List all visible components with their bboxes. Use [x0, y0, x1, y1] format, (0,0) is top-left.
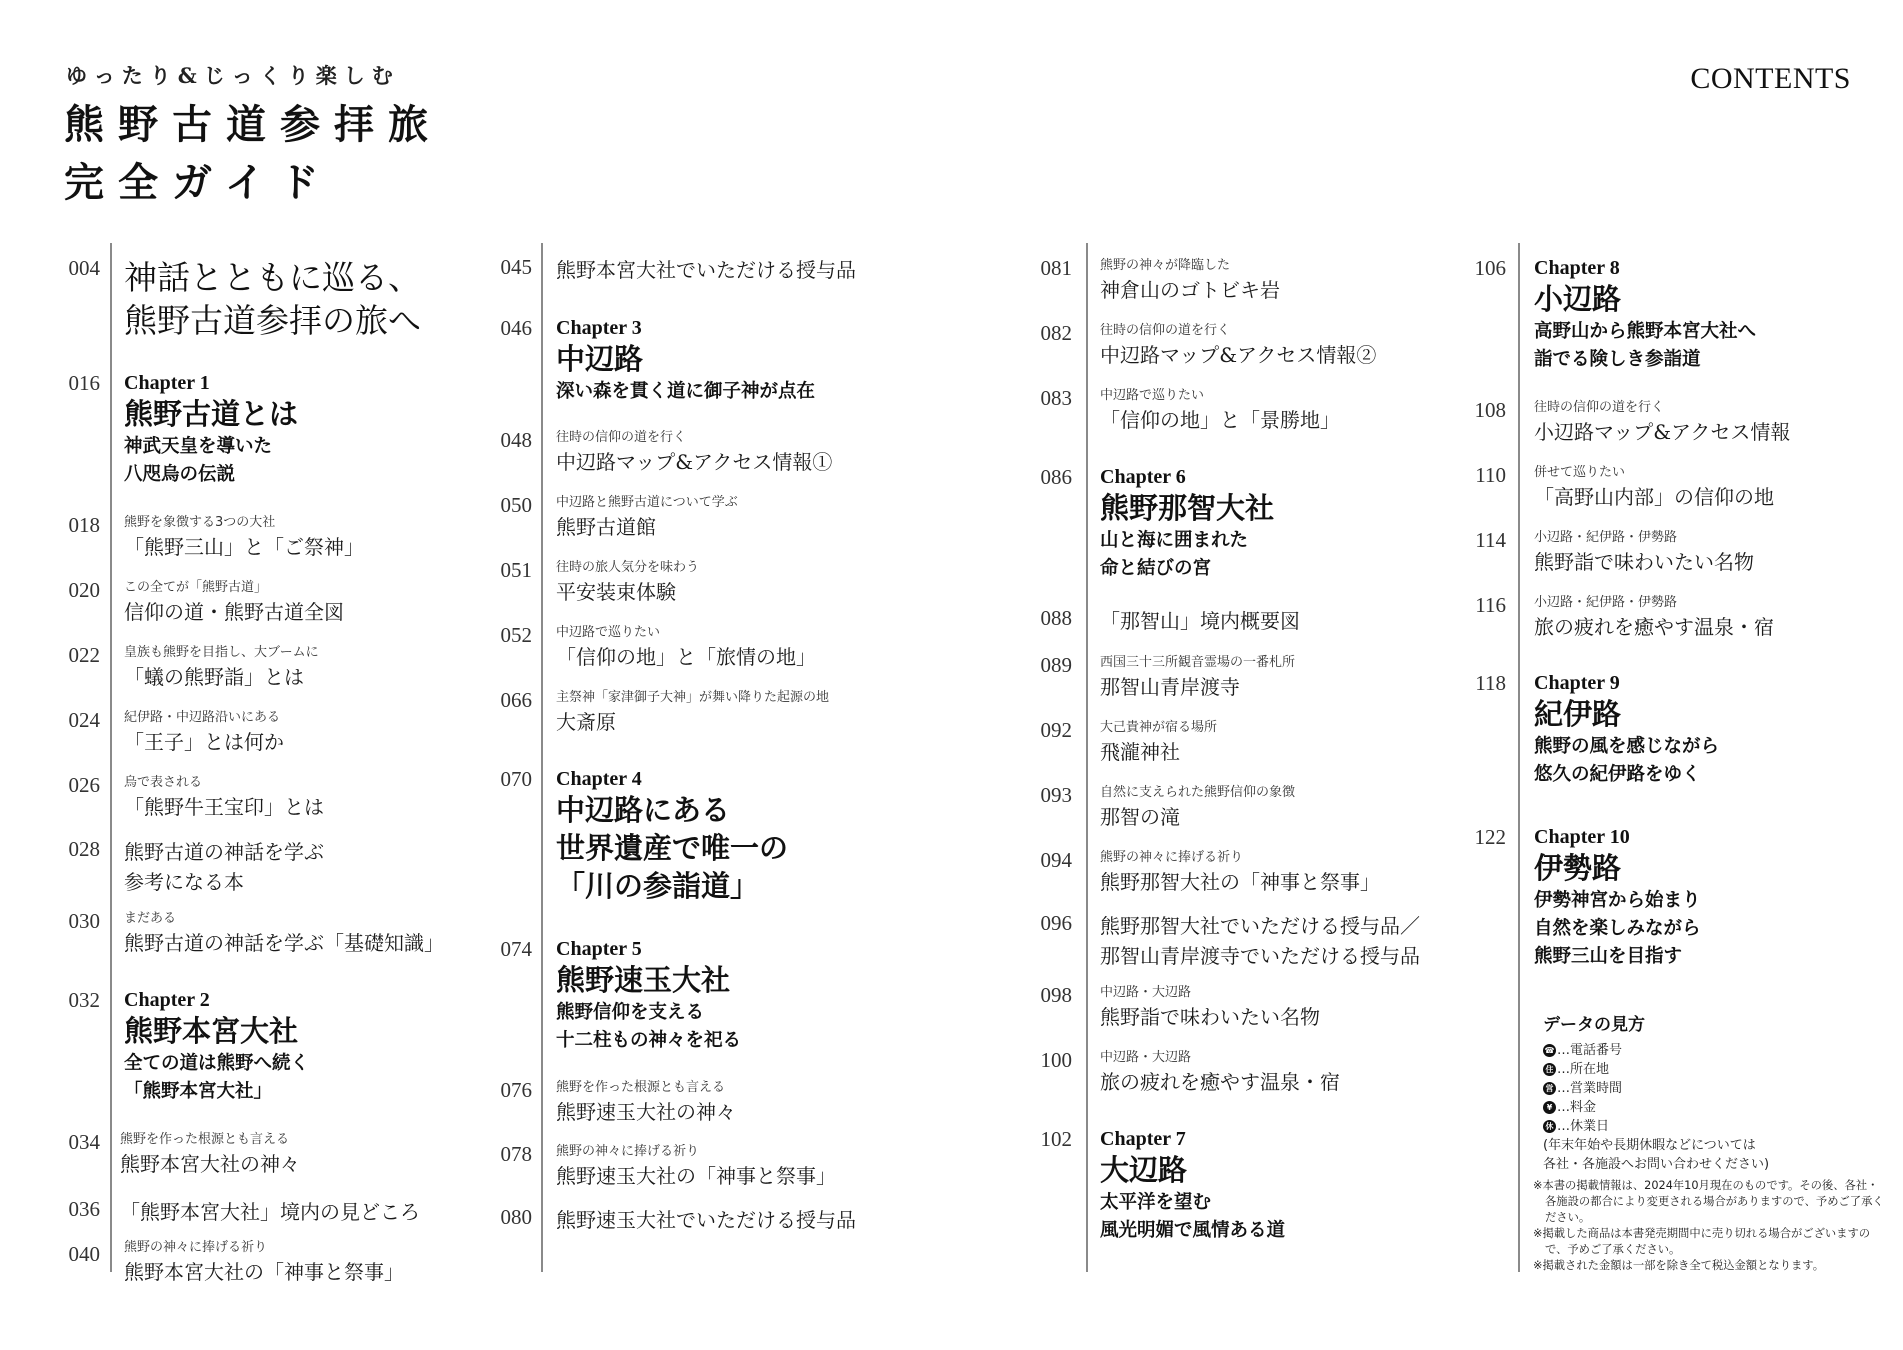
entry-kicker: 大己貴神が宿る場所 — [1100, 719, 1217, 737]
page-number: 024 — [50, 708, 100, 733]
column-divider — [1086, 243, 1088, 1272]
page-number: 004 — [50, 256, 100, 281]
page-number: 066 — [482, 688, 532, 713]
entry-title: 神倉山のゴトビキ岩 — [1100, 275, 1280, 305]
entry-title: 小辺路マップ&アクセス情報 — [1534, 417, 1790, 447]
entry-title: 熊野古道の神話を学ぶ「基礎知識」 — [124, 928, 444, 958]
entry-kicker: 自然に支えられた熊野信仰の象徴 — [1100, 784, 1295, 802]
disclaimers: ※本書の掲載情報は、2024年10月現在のものです。その後、各社・各施設の都合に… — [1533, 1178, 1888, 1274]
chapter-subtitle: 伊勢神宮から始まり — [1534, 887, 1701, 915]
page-number: 083 — [1022, 386, 1072, 411]
legend-item: 営 …営業時間 — [1543, 1079, 1888, 1098]
lead-title-line: 熊野古道参拝の旅へ — [124, 299, 421, 342]
entry-title: 熊野古道館 — [556, 512, 738, 542]
page-number: 028 — [50, 837, 100, 862]
legend-title: データの見方 — [1543, 1010, 1888, 1035]
page-number: 020 — [50, 578, 100, 603]
chapter-subtitle: 詣でる険しき参詣道 — [1534, 346, 1756, 374]
page-number: 074 — [482, 937, 532, 962]
entry-title: 熊野那智大社でいただける授与品／ — [1100, 911, 1420, 941]
hours-icon: 営 — [1543, 1082, 1556, 1095]
entry-title: 中辺路マップ&アクセス情報② — [1100, 340, 1376, 370]
entry-title: 熊野本宮大社でいただける授与品 — [556, 255, 856, 285]
legend-item: ¥ …料金 — [1543, 1098, 1888, 1117]
entry-title: 「高野山内部」の信仰の地 — [1534, 482, 1774, 512]
toc-column-1: 004 神話とともに巡る、 熊野古道参拝の旅へ 016 Chapter 1 熊野… — [62, 243, 492, 1272]
entry-kicker: 往時の信仰の道を行く — [1100, 322, 1376, 340]
chapter-subtitle: 自然を楽しみながら — [1534, 915, 1701, 943]
legend-label: …営業時間 — [1557, 1079, 1622, 1098]
entry-kicker: 往時の信仰の道を行く — [1534, 399, 1790, 417]
page-number: 051 — [482, 558, 532, 583]
disclaimer-note: ※本書の掲載情報は、2024年10月現在のものです。その後、各社・各施設の都合に… — [1533, 1178, 1888, 1226]
entry-title: 中辺路マップ&アクセス情報① — [556, 447, 832, 477]
chapter-subtitle: 風光明媚で風情ある道 — [1100, 1217, 1285, 1245]
entry-title: 信仰の道・熊野古道全図 — [124, 597, 344, 627]
phone-icon: ☎ — [1543, 1044, 1556, 1057]
entry-kicker: 紀伊路・中辺路沿いにある — [124, 709, 284, 727]
chapter-label: Chapter 7 — [1100, 1127, 1285, 1151]
page-number: 040 — [50, 1242, 100, 1267]
entry-kicker: 熊野を作った根源とも言える — [120, 1131, 300, 1149]
column-divider — [110, 243, 112, 1272]
page-number: 082 — [1022, 321, 1072, 346]
entry-title: 「王子」とは何か — [124, 727, 284, 757]
entry-title: 「信仰の地」と「旅情の地」 — [556, 642, 816, 672]
chapter-label: Chapter 2 — [124, 988, 309, 1012]
entry-kicker: 中辺路と熊野古道について学ぶ — [556, 494, 738, 512]
book-title-line2: 完全ガイド — [64, 154, 442, 212]
data-legend: データの見方 ☎ …電話番号 住 …所在地 営 …営業時間 ¥ …料金 休 …休… — [1543, 1010, 1888, 1174]
page-number: 088 — [1022, 606, 1072, 631]
entry-kicker: 中辺路・大辺路 — [1100, 1049, 1340, 1067]
legend-label: …休業日 — [1557, 1117, 1609, 1136]
page-number: 110 — [1456, 463, 1506, 488]
page-number: 026 — [50, 773, 100, 798]
column-divider — [1518, 243, 1520, 1272]
chapter-subtitle: 深い森を貫く道に御子神が点在 — [556, 378, 815, 406]
chapter-subtitle: 悠久の紀伊路をゆく — [1534, 761, 1719, 789]
entry-kicker: 中辺路で巡りたい — [556, 624, 816, 642]
book-title-line1: 熊野古道参拝旅 — [64, 96, 442, 154]
legend-label: …電話番号 — [1557, 1041, 1622, 1060]
entry-title: 熊野詣で味わいたい名物 — [1534, 547, 1754, 577]
chapter-title: 熊野本宮大社 — [124, 1012, 309, 1050]
chapter-subtitle: 熊野の風を感じながら — [1534, 733, 1719, 761]
page-number: 030 — [50, 909, 100, 934]
page-number: 100 — [1022, 1048, 1072, 1073]
entry-kicker: 西国三十三所観音霊場の一番札所 — [1100, 654, 1295, 672]
page-number: 086 — [1022, 465, 1072, 490]
chapter-label: Chapter 9 — [1534, 671, 1719, 695]
chapter-subtitle: 太平洋を望む — [1100, 1189, 1285, 1217]
legend-item: 住 …所在地 — [1543, 1060, 1888, 1079]
entry-title: 「蟻の熊野詣」とは — [124, 662, 319, 692]
entry-kicker: 往時の信仰の道を行く — [556, 429, 832, 447]
page-number: 094 — [1022, 848, 1072, 873]
page-number: 106 — [1456, 256, 1506, 281]
entry-kicker: 中辺路・大辺路 — [1100, 984, 1320, 1002]
entry-title: 「信仰の地」と「景勝地」 — [1100, 405, 1340, 435]
chapter-subtitle: 神武天皇を導いた — [124, 433, 298, 461]
page-number: 022 — [50, 643, 100, 668]
entry-title: 平安装束体験 — [556, 577, 699, 607]
entry-title: 熊野速玉大社の「神事と祭事」 — [556, 1161, 836, 1191]
entry-title: 熊野本宮大社の神々 — [120, 1149, 300, 1179]
entry-title: 「熊野牛王宝印」とは — [124, 792, 324, 822]
entry-kicker: 熊野の神々に捧げる祈り — [556, 1143, 836, 1161]
entry-kicker: まだある — [124, 910, 444, 928]
entry-title: 「那智山」境内概要図 — [1100, 606, 1300, 636]
entry-kicker: 中辺路で巡りたい — [1100, 387, 1340, 405]
entry-title: 熊野速玉大社の神々 — [556, 1097, 736, 1127]
chapter-subtitle: 高野山から熊野本宮大社へ — [1534, 318, 1756, 346]
page-number: 048 — [482, 428, 532, 453]
entry-kicker: 熊野の神々に捧げる祈り — [1100, 849, 1380, 867]
page-number: 018 — [50, 513, 100, 538]
entry-kicker: 小辺路・紀伊路・伊勢路 — [1534, 529, 1754, 547]
chapter-title: 紀伊路 — [1534, 695, 1719, 733]
contents-heading: CONTENTS — [1690, 62, 1851, 96]
chapter-title: 中辺路にある — [556, 791, 788, 829]
page-number: 122 — [1456, 825, 1506, 850]
chapter-label: Chapter 4 — [556, 767, 788, 791]
chapter-title: 大辺路 — [1100, 1151, 1285, 1189]
entry-kicker: 小辺路・紀伊路・伊勢路 — [1534, 594, 1774, 612]
closed-icon: 休 — [1543, 1120, 1556, 1133]
page-number: 032 — [50, 988, 100, 1013]
page-number: 076 — [482, 1078, 532, 1103]
page-number: 070 — [482, 767, 532, 792]
chapter-title: 小辺路 — [1534, 280, 1756, 318]
entry-kicker: 併せて巡りたい — [1534, 464, 1774, 482]
chapter-label: Chapter 3 — [556, 316, 815, 340]
chapter-title: 熊野古道とは — [124, 395, 298, 433]
entry-title: 飛瀧神社 — [1100, 737, 1217, 767]
entry-kicker: 熊野を象徴する3つの大社 — [124, 514, 364, 532]
entry-kicker: 主祭神「家津御子大神」が舞い降りた起源の地 — [556, 689, 829, 707]
chapter-subtitle: 八咫烏の伝説 — [124, 461, 298, 489]
lead-title-line: 神話とともに巡る、 — [124, 256, 421, 299]
chapter-subtitle: 「熊野本宮大社」 — [124, 1078, 309, 1106]
chapter-label: Chapter 10 — [1534, 825, 1701, 849]
chapter-label: Chapter 6 — [1100, 465, 1274, 489]
entry-title: 旅の疲れを癒やす温泉・宿 — [1100, 1067, 1340, 1097]
page-number: 052 — [482, 623, 532, 648]
entry-title: 那智山青岸渡寺でいただける授与品 — [1100, 941, 1420, 971]
chapter-subtitle: 熊野三山を目指す — [1534, 943, 1701, 971]
entry-title: 旅の疲れを癒やす温泉・宿 — [1534, 612, 1774, 642]
page-number: 045 — [482, 255, 532, 280]
page-number: 016 — [50, 371, 100, 396]
page-number: 081 — [1022, 256, 1072, 281]
page-number: 102 — [1022, 1127, 1072, 1152]
entry-kicker: 熊野の神々に捧げる祈り — [124, 1239, 404, 1257]
legend-note: (年末年始や長期休暇などについては — [1543, 1136, 1888, 1155]
page-number: 096 — [1022, 911, 1072, 936]
page-number: 108 — [1456, 398, 1506, 423]
disclaimer-note: ※掲載された金額は一部を除き全て税込金額となります。 — [1533, 1258, 1888, 1274]
page-number: 078 — [482, 1142, 532, 1167]
chapter-subtitle: 熊野信仰を支える — [556, 999, 741, 1027]
entry-kicker: 烏で表される — [124, 774, 324, 792]
entry-title: 熊野本宮大社の「神事と祭事」 — [124, 1257, 404, 1287]
legend-label: …料金 — [1557, 1098, 1596, 1117]
entry-title: 熊野那智大社の「神事と祭事」 — [1100, 867, 1380, 897]
page-number: 093 — [1022, 783, 1072, 808]
chapter-label: Chapter 5 — [556, 937, 741, 961]
chapter-title: 伊勢路 — [1534, 849, 1701, 887]
page-number: 089 — [1022, 653, 1072, 678]
page-number: 092 — [1022, 718, 1072, 743]
chapter-label: Chapter 1 — [124, 371, 298, 395]
entry-kicker: 熊野を作った根源とも言える — [556, 1079, 736, 1097]
chapter-title: 「川の参詣道」 — [556, 867, 788, 905]
page-number: 034 — [50, 1130, 100, 1155]
page-number: 036 — [50, 1197, 100, 1222]
entry-kicker: 往時の旅人気分を味わう — [556, 559, 699, 577]
chapter-subtitle: 全ての道は熊野へ続く — [124, 1050, 309, 1078]
page-number: 114 — [1456, 528, 1506, 553]
legend-note: 各社・各施設へお問い合わせください) — [1543, 1155, 1888, 1174]
chapter-title: 熊野速玉大社 — [556, 961, 741, 999]
legend-item: 休 …休業日 — [1543, 1117, 1888, 1136]
legend-label: …所在地 — [1557, 1060, 1609, 1079]
entry-title: 熊野詣で味わいたい名物 — [1100, 1002, 1320, 1032]
page-number: 118 — [1456, 671, 1506, 696]
page-number: 098 — [1022, 983, 1072, 1008]
column-divider — [541, 243, 543, 1272]
toc-column-3: 081 熊野の神々が降臨した 神倉山のゴトビキ岩 082 往時の信仰の道を行く … — [1040, 243, 1510, 1272]
entry-title: 熊野古道の神話を学ぶ — [124, 837, 324, 867]
entry-title: 参考になる本 — [124, 867, 324, 897]
entry-kicker: 熊野の神々が降臨した — [1100, 257, 1280, 275]
chapter-subtitle: 山と海に囲まれた — [1100, 527, 1274, 555]
yen-icon: ¥ — [1543, 1101, 1556, 1114]
chapter-title: 熊野那智大社 — [1100, 489, 1274, 527]
chapter-subtitle: 十二柱もの神々を祀る — [556, 1027, 741, 1055]
chapter-label: Chapter 8 — [1534, 256, 1756, 280]
chapter-title: 世界遺産で唯一の — [556, 829, 788, 867]
book-kicker: ゆったり&じっくり楽しむ — [66, 60, 400, 90]
address-icon: 住 — [1543, 1063, 1556, 1076]
entry-title: 「熊野三山」と「ご祭神」 — [124, 532, 364, 562]
disclaimer-note: ※掲載した商品は本書発売期間中に売り切れる場合がございますので、予めご了承くださ… — [1533, 1226, 1888, 1258]
entry-title: 熊野速玉大社でいただける授与品 — [556, 1205, 856, 1235]
entry-title: 大斎原 — [556, 707, 829, 737]
entry-title: 那智の滝 — [1100, 802, 1295, 832]
toc-column-2: 045 熊野本宮大社でいただける授与品 046 Chapter 3 中辺路 深い… — [494, 243, 1034, 1272]
entry-title: 「熊野本宮大社」境内の見どころ — [120, 1197, 420, 1227]
page-number: 116 — [1456, 593, 1506, 618]
entry-title: 那智山青岸渡寺 — [1100, 672, 1295, 702]
book-title: 熊野古道参拝旅 完全ガイド — [64, 96, 442, 212]
chapter-title: 中辺路 — [556, 340, 815, 378]
page-number: 046 — [482, 316, 532, 341]
page-number: 080 — [482, 1205, 532, 1230]
entry-kicker: この全てが「熊野古道」 — [124, 579, 344, 597]
entry-kicker: 皇族も熊野を目指し、大ブームに — [124, 644, 319, 662]
chapter-subtitle: 命と結びの宮 — [1100, 555, 1274, 583]
legend-item: ☎ …電話番号 — [1543, 1041, 1888, 1060]
page-number: 050 — [482, 493, 532, 518]
